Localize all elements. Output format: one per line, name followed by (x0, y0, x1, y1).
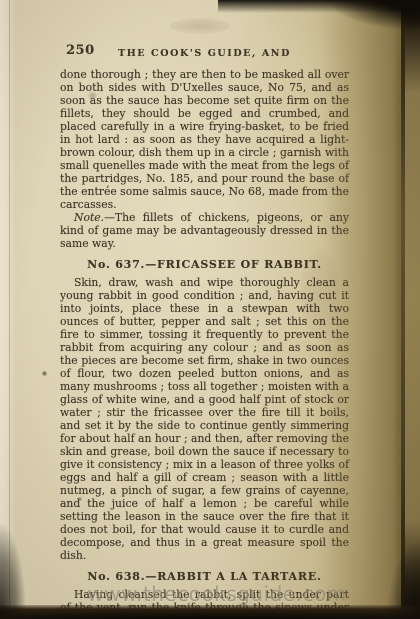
photo-vignette (0, 0, 420, 619)
book-page: 250 THE COOK'S GUIDE, AND done thorough … (0, 0, 420, 619)
book-photo: 250 THE COOK'S GUIDE, AND done thorough … (0, 0, 420, 619)
